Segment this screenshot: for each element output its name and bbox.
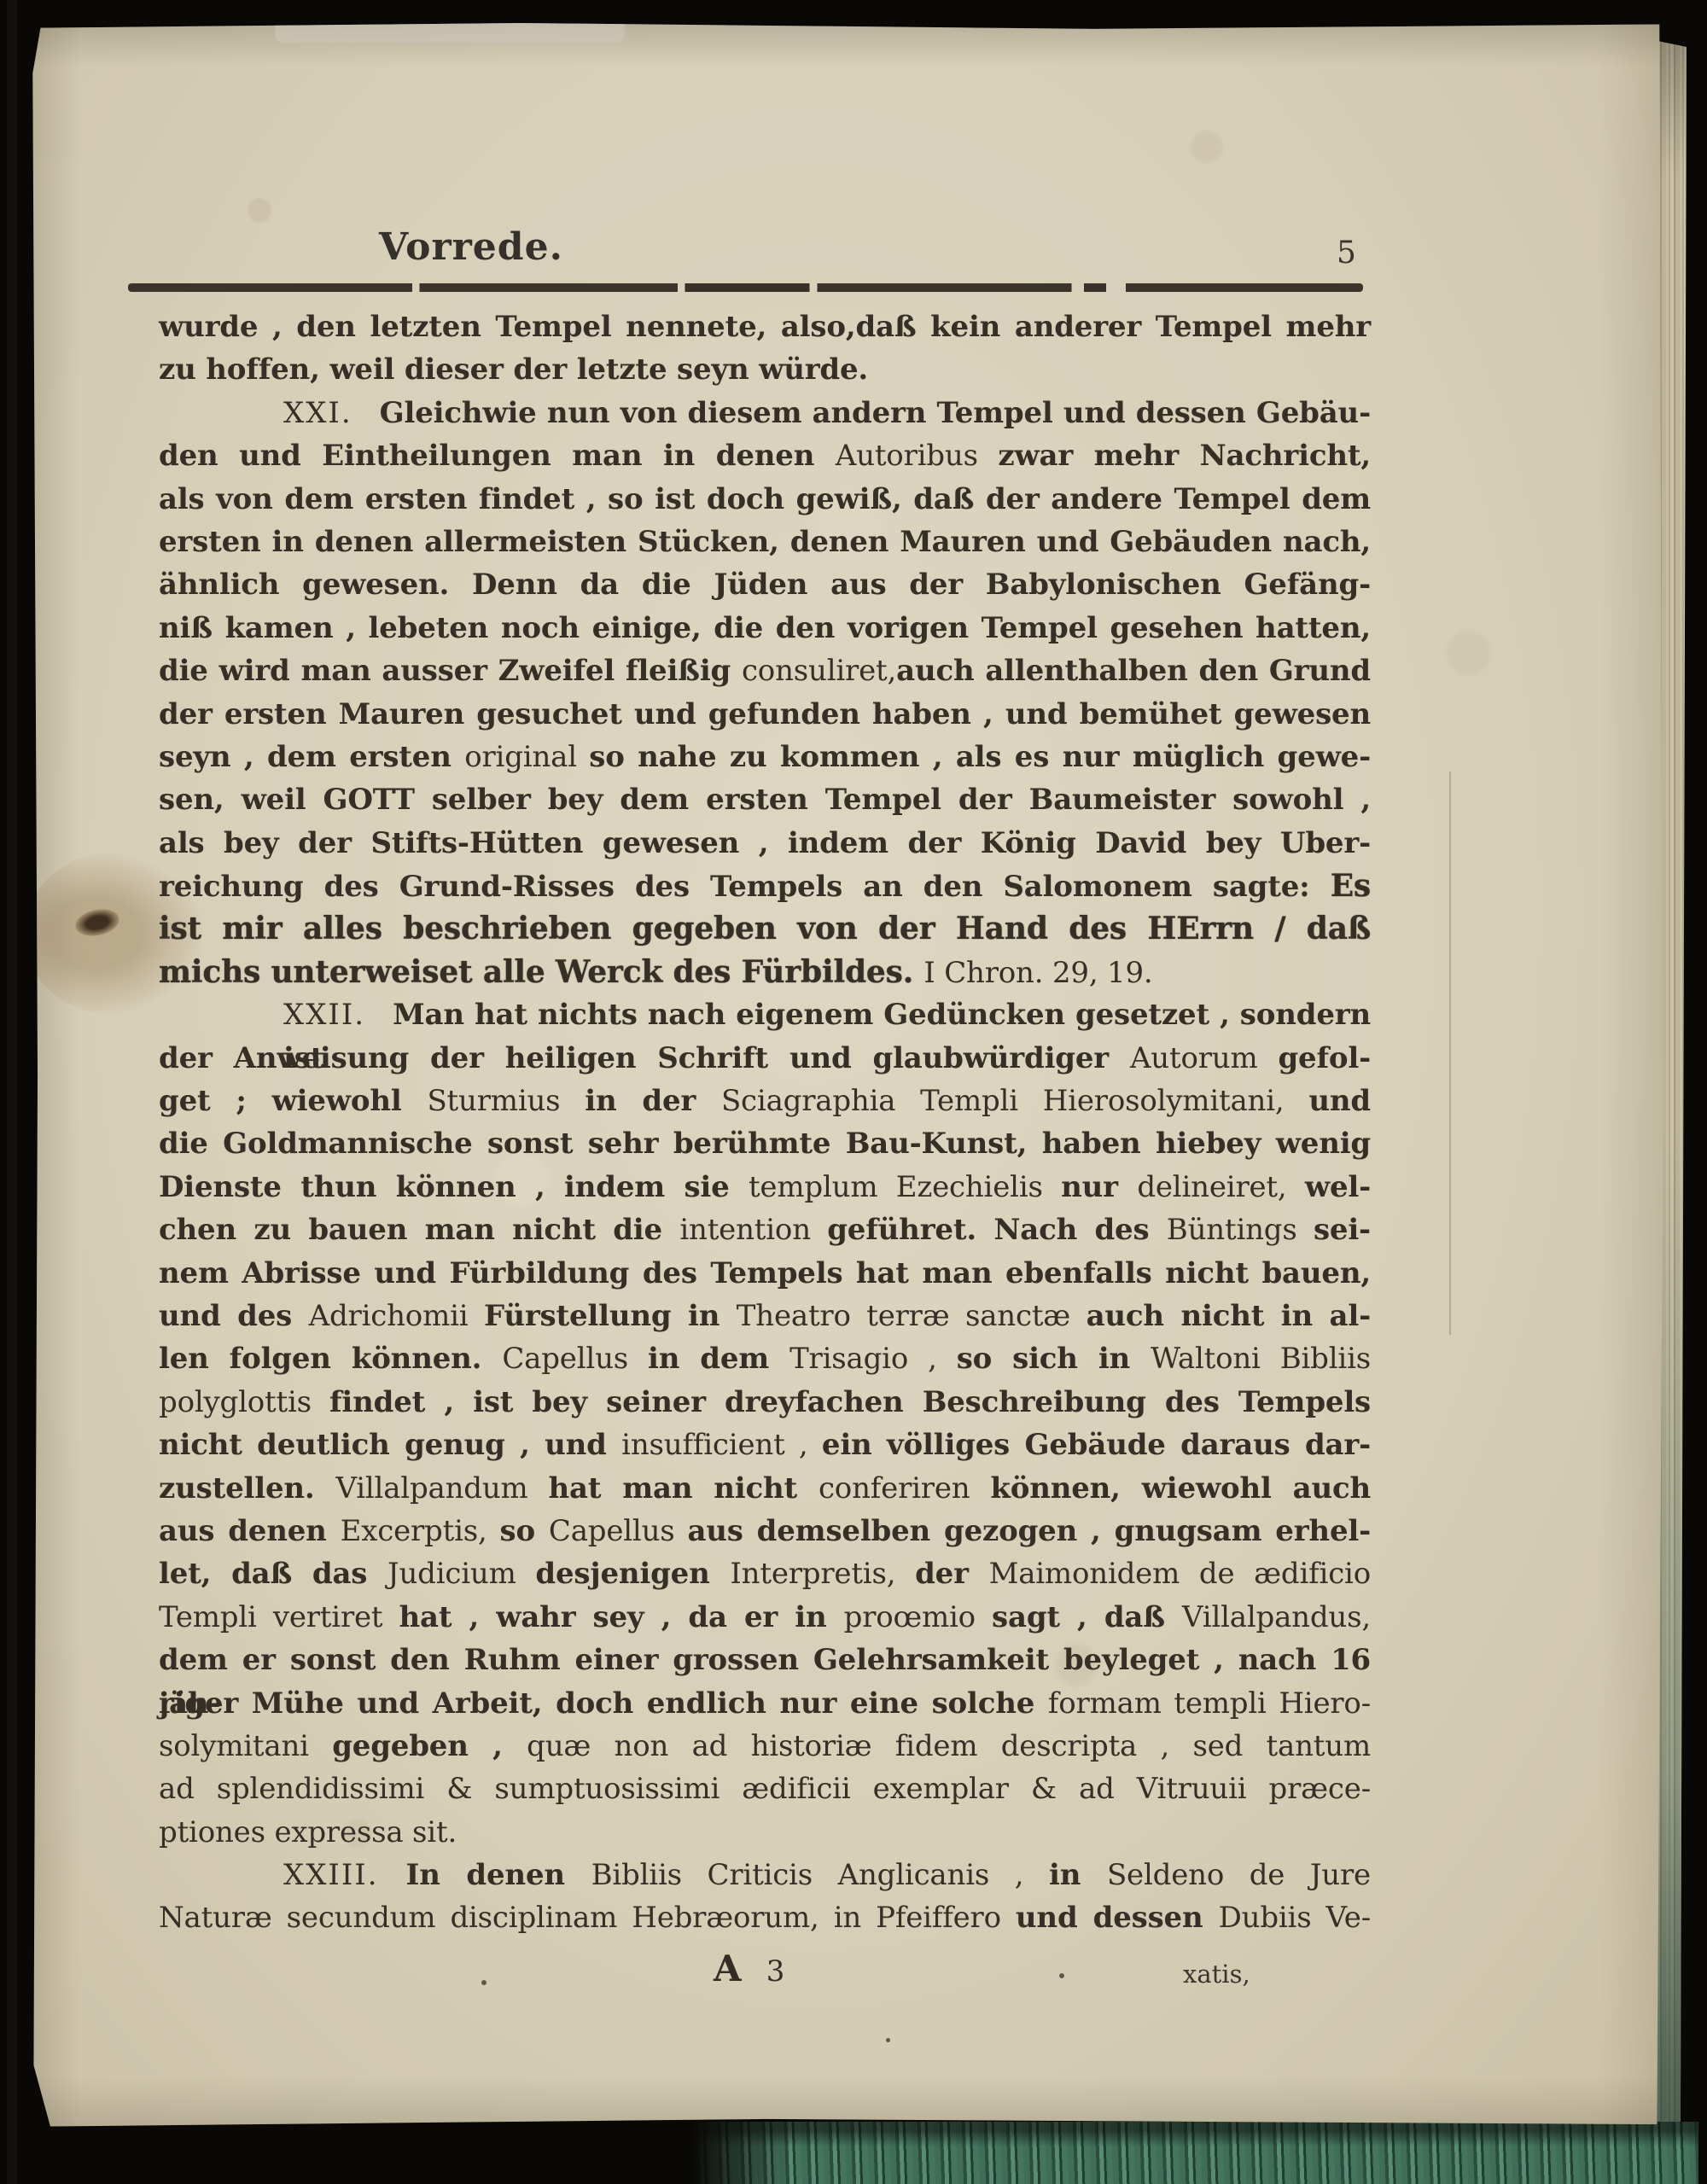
text-line: als bey der Stifts-Hütten gewesen , inde… — [159, 822, 1371, 865]
body-text: wurde , den letzten Tempel nennete, also… — [159, 306, 1371, 1940]
text-segment: let, daß das — [159, 1557, 387, 1591]
text-segment: als bey der Stifts-Hütten gewesen , inde… — [159, 826, 1371, 860]
marbled-fore-edge — [691, 2122, 1698, 2184]
text-segment: der ersten Mauren gesuchet und gefunden … — [159, 697, 1371, 731]
signature-number: 3 — [766, 1954, 785, 1989]
text-line: ähnlich gewesen. Denn da die Jüden aus d… — [159, 563, 1371, 606]
text-segment: Trisagio , — [789, 1342, 957, 1376]
text-segment: Es — [1331, 868, 1371, 904]
text-segment: Sciagraphia Templi Hierosolymitani, — [721, 1084, 1308, 1118]
ink-speck — [886, 2038, 890, 2042]
text-segment: intention — [679, 1213, 827, 1247]
text-line: solymitani gegeben , quæ non ad historiæ… — [159, 1725, 1371, 1768]
text-segment: ersten in denen allermeisten Stücken, de… — [159, 525, 1371, 559]
text-line: als von dem ersten findet , so ist doch … — [159, 478, 1371, 521]
text-segment: Autorum — [1130, 1041, 1278, 1075]
text-line: polyglottis findet , ist bey seiner drey… — [159, 1381, 1371, 1424]
text-line: die Goldmannische sonst sehr berühmte Ba… — [159, 1122, 1371, 1165]
text-line: XXIII.In denen Bibliis Criticis Anglican… — [159, 1854, 1371, 1896]
text-segment: Autoribus — [836, 439, 999, 473]
text-segment: der Anweisung der heiligen Schrift und g… — [159, 1041, 1130, 1075]
text-segment: quæ non ad historiæ fidem descripta , se… — [527, 1729, 1371, 1763]
text-segment: nicht deutlich genug , und — [159, 1428, 621, 1462]
text-segment: Capellus — [502, 1342, 648, 1376]
text-segment: polyglottis — [159, 1385, 329, 1419]
text-segment: Sturmius — [427, 1084, 585, 1118]
text-segment: Maimonidem de ædificio — [989, 1557, 1371, 1591]
text-segment: desjenigen — [535, 1557, 730, 1591]
text-segment: original — [464, 740, 589, 774]
text-segment: zwar mehr Nachricht, — [998, 439, 1371, 473]
text-segment: nem Abrisse und Fürbildung des Tempels h… — [159, 1256, 1371, 1290]
text-segment: hat , wahr sey , da er in — [399, 1600, 844, 1634]
text-segment: Dienste thun können , indem sie — [159, 1170, 749, 1204]
text-line: der Anweisung der heiligen Schrift und g… — [159, 1037, 1371, 1080]
text-segment: die wird man ausser Zweifel fleißig — [159, 654, 742, 688]
text-segment: können, wiewohl auch — [990, 1471, 1371, 1506]
text-segment: niß kamen , lebeten noch einige, die den… — [159, 611, 1371, 645]
text-segment: ad splendidissimi & sumptuosissimi ædifi… — [159, 1772, 1371, 1806]
paragraph-number: XXIII. — [283, 1858, 379, 1892]
text-segment: Büntings — [1167, 1213, 1314, 1247]
page-number: 5 — [1337, 236, 1356, 271]
text-line: Naturæ secundum disciplinam Hebræorum, i… — [159, 1896, 1371, 1939]
text-line: let, daß das Judicium desjenigen Interpr… — [159, 1552, 1371, 1595]
text-segment: solymitani — [159, 1729, 332, 1763]
text-line: ersten in denen allermeisten Stücken, de… — [159, 521, 1371, 563]
text-segment: insufficient , — [621, 1428, 822, 1462]
text-line: XXII.Man hat nichts nach eigenem Gedünck… — [159, 993, 1371, 1036]
text-segment: zustellen. — [159, 1471, 335, 1506]
text-segment: len folgen können. — [159, 1342, 502, 1376]
text-segment: Waltoni Bibliis — [1151, 1342, 1371, 1376]
text-segment: Excerptis, — [341, 1514, 500, 1548]
text-segment: reichung des Grund-Risses des Tempels an… — [159, 870, 1331, 904]
text-segment: Fürstellung in — [484, 1299, 737, 1333]
text-segment: consuliret, — [742, 654, 896, 688]
text-line: ist mir alles beschrieben gegeben von de… — [159, 907, 1371, 950]
text-segment: I Chron. 29, 19. — [923, 956, 1152, 990]
text-segment: michs unterweiset alle Werck des Fürbild… — [159, 954, 923, 990]
text-segment: wurde , den letzten Tempel nennete, also… — [159, 310, 1371, 344]
text-segment: ist mir alles beschrieben gegeben von de… — [159, 911, 1371, 946]
text-segment: wel- — [1305, 1170, 1371, 1204]
text-segment: Templi vertiret — [159, 1600, 399, 1634]
text-segment: Naturæ secundum disciplinam Hebræorum, i… — [159, 1901, 1016, 1935]
text-segment: so — [500, 1514, 549, 1548]
text-line: aus denen Excerptis, so Capellus aus dem… — [159, 1510, 1371, 1552]
paragraph-number: XXI. — [283, 396, 352, 430]
text-line: get ; wiewohl Sturmius in der Sciagraphi… — [159, 1080, 1371, 1122]
text-line: der ersten Mauren gesuchet und gefunden … — [159, 693, 1371, 736]
text-segment: auch nicht in al- — [1087, 1299, 1371, 1333]
page-crease — [1449, 772, 1451, 1335]
text-line: zu hoffen, weil dieser der letzte seyn w… — [159, 348, 1371, 391]
text-line: zustellen. Villalpandum hat man nicht co… — [159, 1467, 1371, 1510]
text-segment: get ; wiewohl — [159, 1084, 427, 1118]
catchword: xatis, — [1183, 1960, 1250, 1989]
text-segment: aus demselben gezogen , gnugsam erhel- — [687, 1514, 1371, 1548]
text-line: wurde , den letzten Tempel nennete, also… — [159, 306, 1371, 348]
text-segment: in — [1049, 1858, 1107, 1892]
text-segment: Adrichomii — [309, 1299, 484, 1333]
text-line: reichung des Grund-Risses des Tempels an… — [159, 865, 1371, 907]
text-segment: proœmio — [844, 1600, 992, 1634]
text-line: und des Adrichomii Fürstellung in Theatr… — [159, 1295, 1371, 1337]
ink-speck — [1059, 1973, 1064, 1978]
text-segment: ein völliges Gebäude daraus dar- — [822, 1428, 1371, 1462]
text-segment: sei- — [1314, 1213, 1371, 1247]
book-page: Vorrede. 5 wurde , den letzten Tempel ne… — [31, 20, 1664, 2129]
text-segment: Capellus — [549, 1514, 688, 1548]
text-segment: Theatro terræ sanctæ — [737, 1299, 1087, 1333]
text-segment: Villalpandum — [335, 1471, 548, 1506]
text-line: riger Mühe und Arbeit, doch endlich nur … — [159, 1682, 1371, 1725]
paragraph-number: XXII. — [283, 998, 365, 1032]
text-segment: Dubiis Ve- — [1219, 1901, 1371, 1935]
text-line: XXI.Gleichwie nun von diesem andern Temp… — [159, 392, 1371, 434]
text-segment: und — [1308, 1084, 1371, 1118]
text-segment: als von dem ersten findet , so ist doch … — [159, 482, 1371, 516]
text-segment: Interpretis, — [730, 1557, 915, 1591]
text-segment: zu hoffen, weil dieser der letzte seyn w… — [159, 352, 868, 387]
text-segment: Bibliis Criticis Anglicanis , — [591, 1858, 1049, 1892]
ink-speck — [481, 1980, 486, 1985]
text-segment: den und Eintheilungen man in denen — [159, 439, 836, 473]
text-line: die wird man ausser Zweifel fleißig cons… — [159, 649, 1371, 692]
text-segment: auch allenthalben den Grund — [896, 654, 1371, 688]
top-edge-highlight — [275, 14, 625, 43]
text-line: ptiones expressa sit. — [159, 1811, 1371, 1854]
text-segment: der — [915, 1557, 989, 1591]
text-line: dem er sonst den Ruhm einer grossen Gele… — [159, 1639, 1371, 1681]
text-segment: hat man nicht — [548, 1471, 818, 1506]
text-segment: templum Ezechielis — [749, 1170, 1061, 1204]
text-line: len folgen können. Capellus in dem Trisa… — [159, 1337, 1371, 1380]
text-segment: geführet. Nach des — [827, 1213, 1167, 1247]
text-segment: chen zu bauen man nicht die — [159, 1213, 679, 1247]
text-segment: Judicium — [387, 1557, 535, 1591]
text-segment: formam templi Hiero- — [1048, 1686, 1371, 1721]
text-line: sen, weil GOTT selber bey dem ersten Tem… — [159, 778, 1371, 821]
text-segment: gegeben , — [332, 1729, 527, 1763]
text-segment: gefol- — [1278, 1041, 1371, 1075]
header-rule — [128, 283, 1363, 292]
text-segment: riger Mühe und Arbeit, doch endlich nur … — [159, 1686, 1048, 1721]
text-segment: und dessen — [1016, 1901, 1219, 1935]
text-line: nem Abrisse und Fürbildung des Tempels h… — [159, 1252, 1371, 1295]
signature-letter: A — [714, 1948, 742, 1989]
text-segment: conferiren — [819, 1471, 990, 1506]
scan-background: Vorrede. 5 wurde , den letzten Tempel ne… — [0, 0, 1707, 2184]
text-segment: In denen — [406, 1858, 591, 1892]
text-line: seyn , dem ersten original so nahe zu ko… — [159, 736, 1371, 778]
text-segment: seyn , dem ersten — [159, 740, 464, 774]
text-line: ad splendidissimi & sumptuosissimi ædifi… — [159, 1768, 1371, 1810]
text-segment: so sich in — [957, 1342, 1151, 1376]
text-segment: aus denen — [159, 1514, 341, 1548]
text-segment: ptiones expressa sit. — [159, 1815, 457, 1849]
text-segment: nur — [1061, 1170, 1137, 1204]
text-segment: Seldeno de Jure — [1107, 1858, 1371, 1892]
signature-mark: A 3 — [714, 1948, 784, 1989]
text-segment: ähnlich gewesen. Denn da die Jüden aus d… — [159, 568, 1371, 602]
text-line: den und Eintheilungen man in denen Autor… — [159, 434, 1371, 477]
text-segment: in der — [585, 1084, 721, 1118]
text-line: Dienste thun können , indem sie templum … — [159, 1166, 1371, 1208]
header-title: Vorrede. — [379, 225, 563, 269]
text-segment: Gleichwie nun von diesem andern Tempel u… — [380, 396, 1371, 430]
text-segment: findet , ist bey seiner dreyfachen Besch… — [329, 1385, 1371, 1419]
text-line: michs unterweiset alle Werck des Fürbild… — [159, 951, 1371, 993]
text-segment: so nahe zu kommen , als es nur müglich g… — [589, 740, 1371, 774]
text-segment: Villalpandus, — [1182, 1600, 1371, 1634]
text-segment: sagt , daß — [992, 1600, 1182, 1634]
text-line: nicht deutlich genug , und insufficient … — [159, 1424, 1371, 1466]
text-segment: und des — [159, 1299, 309, 1333]
text-line: chen zu bauen man nicht die intention ge… — [159, 1208, 1371, 1251]
text-segment: die Goldmannische sonst sehr berühmte Ba… — [159, 1127, 1371, 1161]
text-segment: delineiret, — [1137, 1170, 1305, 1204]
text-line: Templi vertiret hat , wahr sey , da er i… — [159, 1596, 1371, 1639]
text-segment: in dem — [648, 1342, 789, 1376]
text-segment: sen, weil GOTT selber bey dem ersten Tem… — [159, 783, 1371, 817]
text-line: niß kamen , lebeten noch einige, die den… — [159, 607, 1371, 649]
